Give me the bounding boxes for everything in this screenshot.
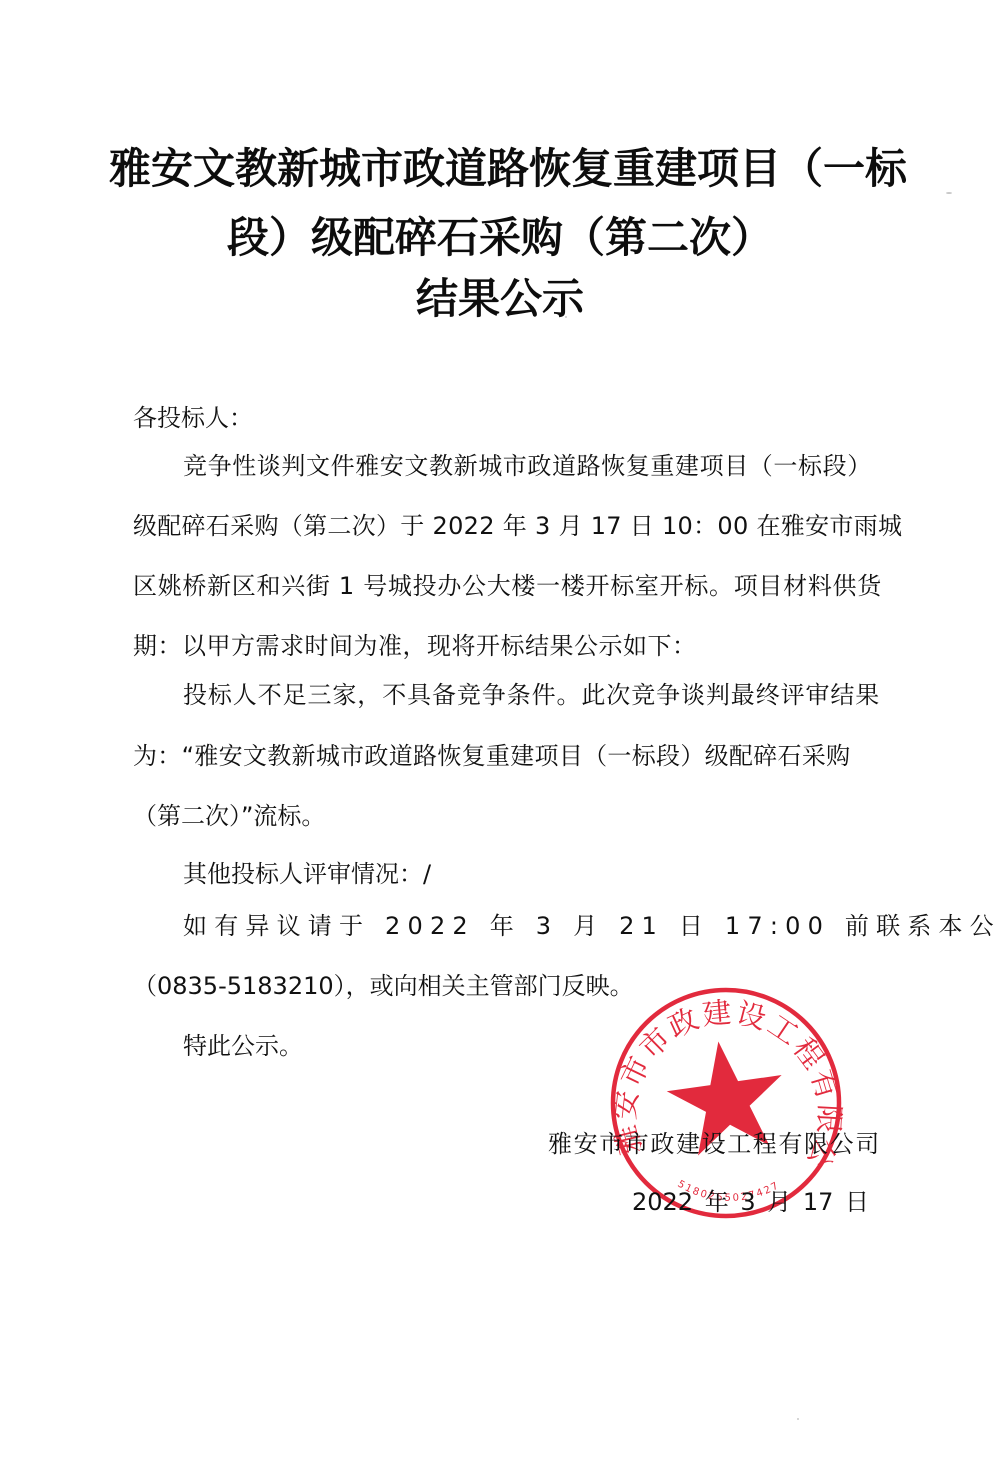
- paragraph-2-line-2: 为：“雅安文教新城市政道路恢复重建项目（一标段）级配碎石采购: [133, 736, 850, 771]
- document-title-line-2: 段）级配碎石采购（第二次）: [0, 205, 1000, 265]
- document-page: 雅安文教新城市政道路恢复重建项目（一标 段）级配碎石采购（第二次） 结果公示 各…: [0, 0, 1000, 1482]
- document-title-line-1: 雅安文教新城市政道路恢复重建项目（一标: [8, 136, 1000, 196]
- scan-speck: [565, 316, 567, 318]
- salutation: 各投标人：: [133, 398, 253, 433]
- paragraph-2-line-1: 投标人不足三家，不具备竞争条件。此次竞争谈判最终评审结果: [183, 675, 880, 710]
- paragraph-1-line-4: 期：以甲方需求时间为准，现将开标结果公示如下：: [133, 626, 697, 661]
- paragraph-1-line-2: 级配碎石采购（第二次）于 2022 年 3 月 17 日 10：00 在雅安市雨…: [133, 506, 902, 541]
- other-bidders-review: 其他投标人评审情况：/: [183, 854, 431, 889]
- scan-speck: [797, 1418, 799, 1420]
- paragraph-1-line-3: 区姚桥新区和兴街 1 号城投办公大楼一楼开标室开标。项目材料供货: [133, 566, 882, 601]
- scan-speck: [946, 192, 952, 194]
- objection-notice-line-1: 如有异议请于 2022 年 3 月 21 日 17:00 前联系本公司: [183, 906, 1000, 941]
- issue-date: 2022 年 3 月 17 日: [632, 1182, 869, 1217]
- paragraph-2-line-3: （第二次）”流标。: [133, 796, 325, 831]
- objection-notice-line-2: （0835-5183210），或向相关主管部门反映。: [133, 966, 634, 1001]
- issuing-company: 雅安市市政建设工程有限公司: [548, 1124, 881, 1159]
- closing-statement: 特此公示。: [183, 1026, 303, 1061]
- document-title-line-3: 结果公示: [0, 266, 1000, 326]
- paragraph-1-line-1: 竞争性谈判文件雅安文教新城市政道路恢复重建项目（一标段）: [183, 446, 872, 481]
